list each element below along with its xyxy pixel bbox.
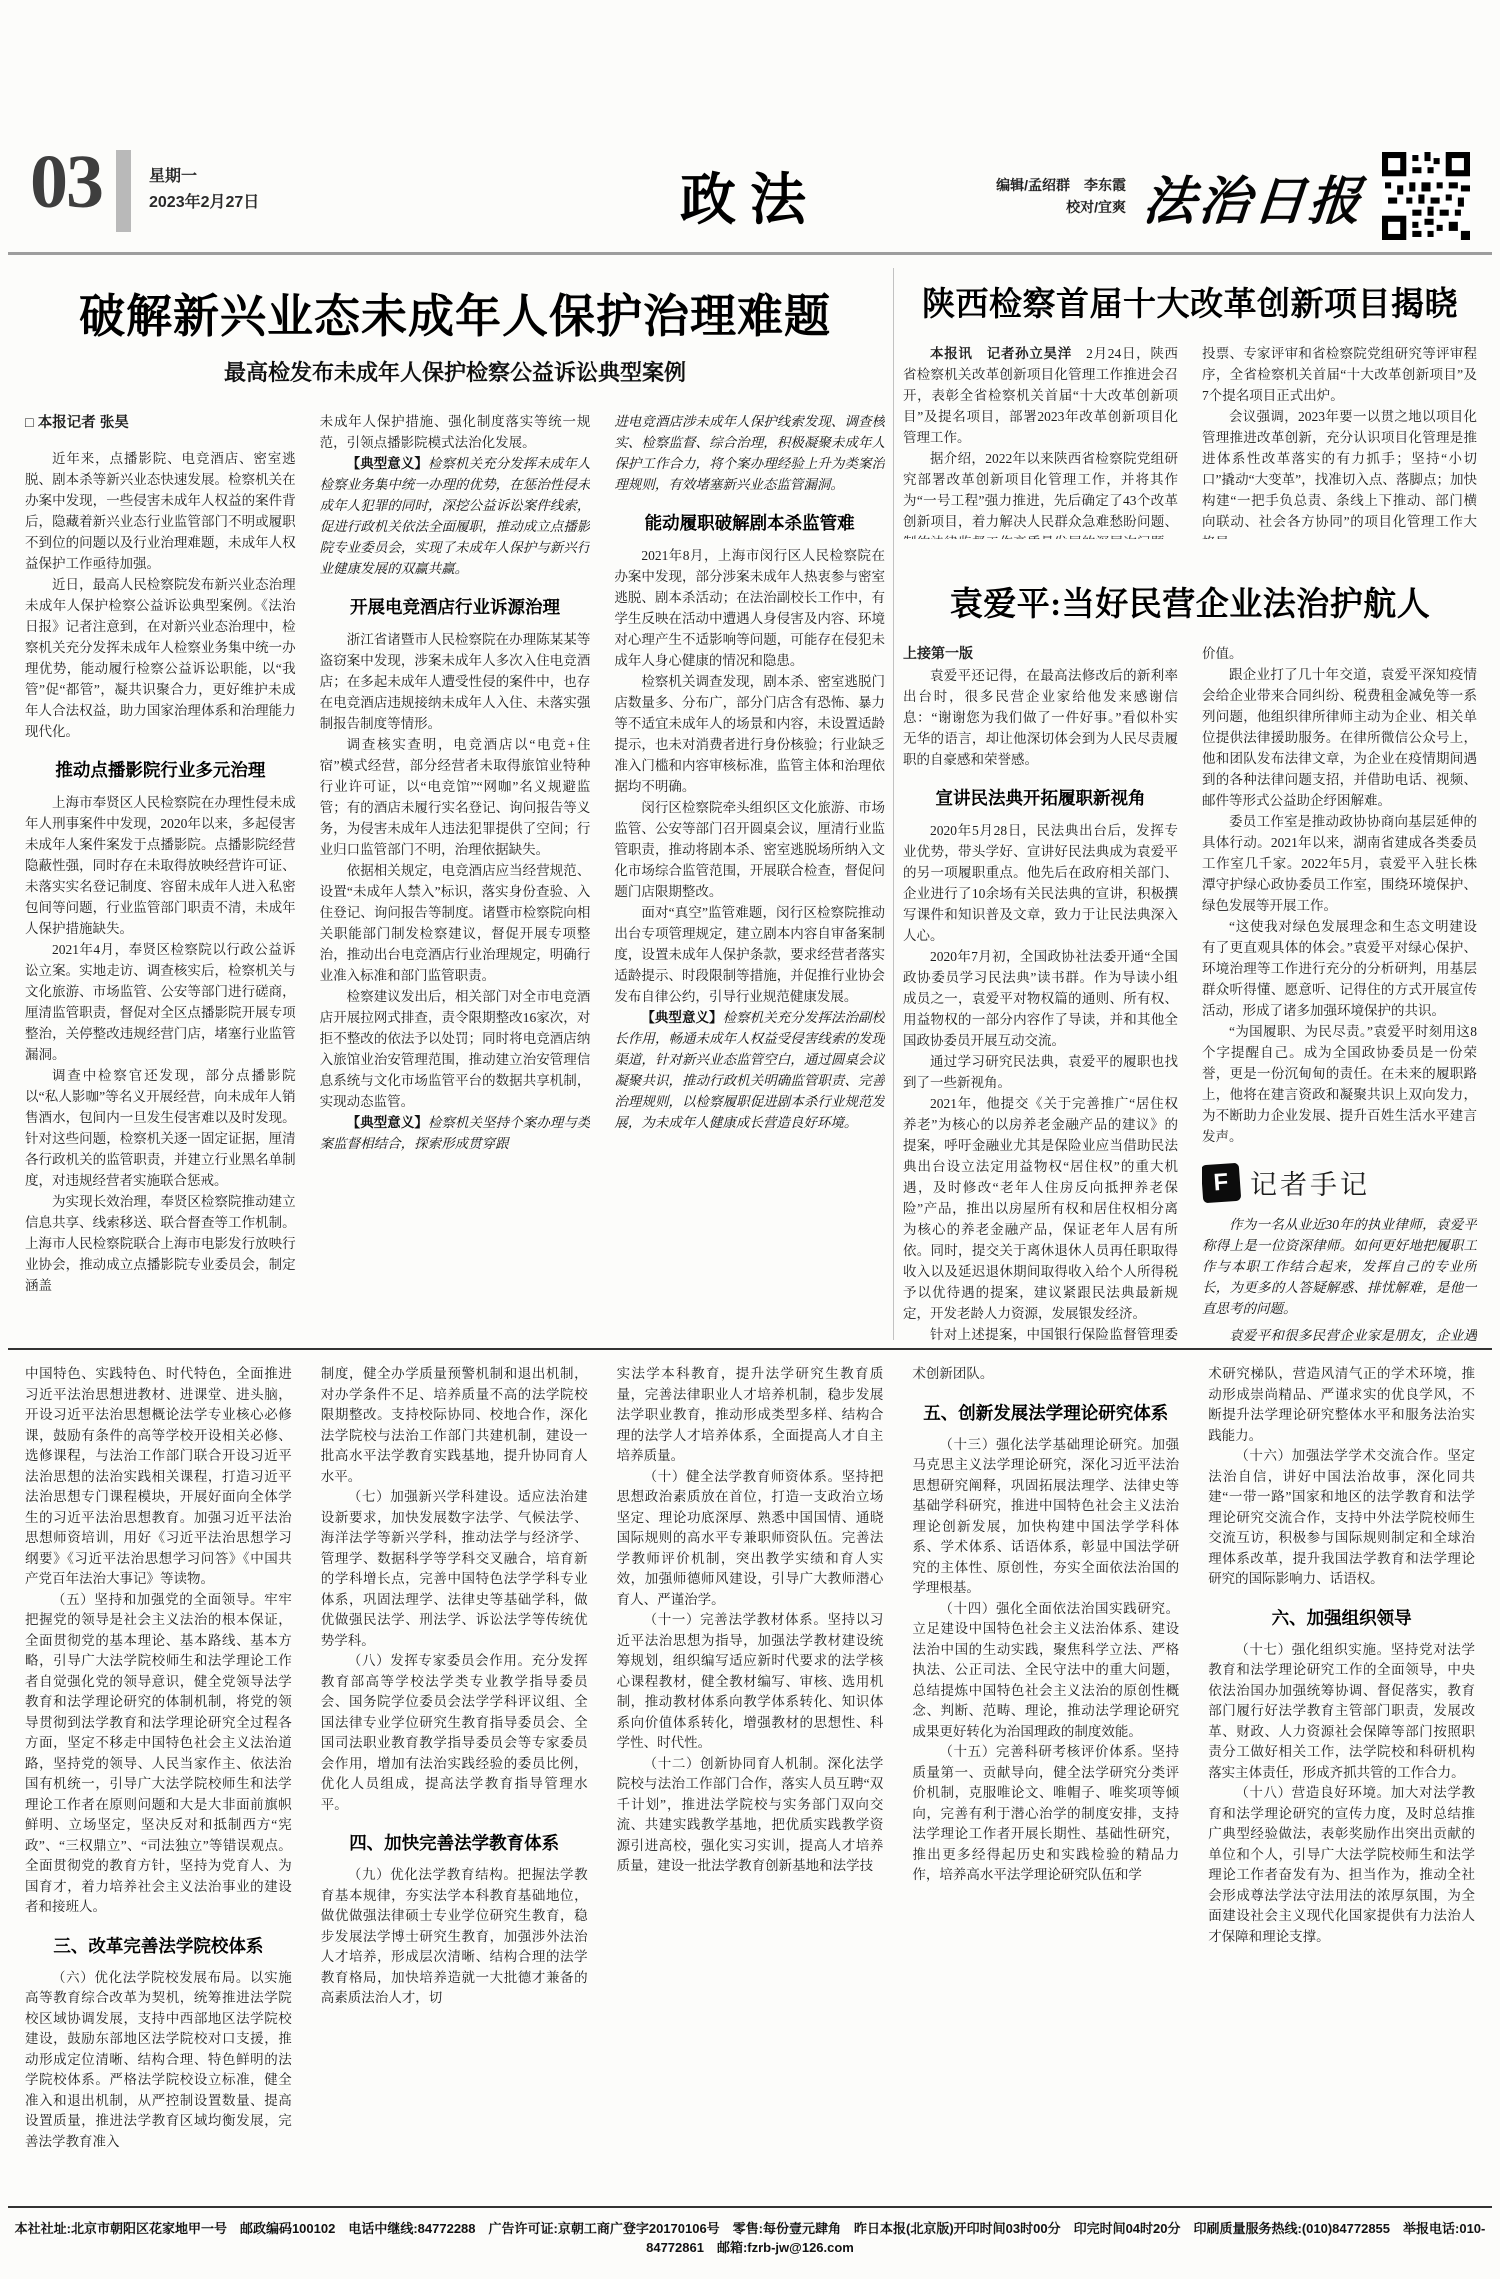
paragraph: 浙江省诸暨市人民检察院在办理陈某某等盗窃案中发现，涉案未成年人多次入住电竞酒店；… bbox=[320, 629, 591, 734]
paragraph: “为国履职、为民尽责。”袁爱平时刻用这8个字提醒自己。成为全国政协委员是一份荣誉… bbox=[1202, 1021, 1477, 1147]
footer-rule bbox=[8, 2206, 1492, 2208]
paragraph: （十六）加强法学学术交流合作。坚定法治自信，讲好中国法治故事，深化同共建“一带一… bbox=[1208, 1446, 1475, 1590]
significance-text: 检察机关充分发挥未成年人检察业务集中统一办理的优势，在惩治性侵未成年人犯罪的同时… bbox=[320, 456, 591, 576]
yuan-columns: 上接第一版 袁爱平还记得，在最高法修改后的新利率出台时，很多民营企业家给他发来感… bbox=[903, 643, 1477, 1345]
shaanxi-headline: 陕西检察首届十大改革创新项目揭晓 bbox=[903, 278, 1477, 325]
main-column-3: 进电竞酒店涉未成年人保护线索发现、调查核实、检察监督、综合治理，积极凝聚未成年人… bbox=[614, 411, 885, 1339]
yuan-headline: 袁爱平:当好民营企业法治护航人 bbox=[903, 578, 1477, 625]
newspaper-logo-icon: F bbox=[1202, 1162, 1241, 1203]
paragraph: 闵行区检察院牵头组织区文化旅游、市场监管、公安等部门召开圆桌会议，厘清行业监管职… bbox=[614, 797, 885, 902]
significance-label: 【典型意义】 bbox=[347, 456, 428, 471]
main-column-1: □ 本报记者 张昊 近年来，点播影院、电竞酒店、密室逃脱、剧本杀等新兴业态快速发… bbox=[25, 411, 296, 1339]
section-heading-5: 五、创新发展法学理论研究体系 bbox=[912, 1400, 1179, 1425]
editors-line: 编辑/孟绍群 李东霞 bbox=[996, 174, 1126, 196]
paragraph-continued: 术创新团队。 bbox=[912, 1364, 1179, 1385]
shaanxi-column-2: 投票、专家评审和省检察院党组研究等评审程序，全省检察机关首届“十大改革创新项目”… bbox=[1202, 343, 1477, 539]
header-right: 编辑/孟绍群 李东霞 校对/宜爽 法治日报 bbox=[996, 152, 1470, 240]
qr-code-icon bbox=[1382, 152, 1470, 240]
paragraph: 为实现长效治理，奉贤区检察院推动建立信息共享、线索移送、联合督查等工作机制。上海… bbox=[25, 1191, 296, 1296]
bottom-column-4: 术创新团队。 五、创新发展法学理论研究体系 （十三）强化法学基础理论研究。加强马… bbox=[912, 1364, 1179, 2190]
typical-significance: 【典型意义】检察机关坚持个案办理与类案监督相结合，探索形成贯穿跟 bbox=[320, 1112, 591, 1154]
typical-significance: 【典型意义】检察机关充分发挥未成年人检察业务集中统一办理的优势，在惩治性侵未成年… bbox=[320, 453, 591, 579]
paragraph: （十一）完善法学教材体系。坚持以习近平法治思想为指导，加强法学教材建设统筹规划，… bbox=[617, 1610, 884, 1754]
paragraph: （八）发挥专家委员会作用。充分发挥教育部高等学校法学类专业教学指导委员会、国务院… bbox=[321, 1651, 588, 1815]
newspaper-page: 03 星期一 2023年2月27日 政法 编辑/孟绍群 李东霞 校对/宜爽 法治… bbox=[0, 0, 1500, 2279]
paragraph: 上海市奉贤区人民检察院在办理性侵未成年人刑事案件中发现，2020年以来，多起侵害… bbox=[25, 792, 296, 939]
main-deck: 最高检发布未成年人保护检察公益诉讼典型案例 bbox=[25, 356, 885, 387]
notes-header: F 记者手记 bbox=[1202, 1163, 1477, 1202]
main-column-2: 未成年人保护措施、强化制度落实等统一规范，引领点播影院模式法治化发展。 【典型意… bbox=[320, 411, 591, 1339]
paragraph: 检察建议发出后，相关部门对全市电竞酒店开展拉网式排查，责令限期整改16家次，对拒… bbox=[320, 986, 591, 1112]
reporter-notes-box: F 记者手记 作为一名从业近30年的执业律师，袁爱平称得上是一位资深律师。如何更… bbox=[1202, 1163, 1477, 1345]
paragraph: （十五）完善科研考核评价体系。坚持质量第一、贡献导向，健全法学研究分类评价机制，… bbox=[912, 1742, 1179, 1886]
yuan-column-1: 上接第一版 袁爱平还记得，在最高法修改后的新利率出台时，很多民营企业家给他发来感… bbox=[903, 643, 1178, 1345]
significance-continued: 进电竞酒店涉未成年人保护线索发现、调查核实、检察监督、综合治理，积极凝聚未成年人… bbox=[614, 411, 885, 495]
paragraph: 2021年4月，奉贤区检察院以行政公益诉讼立案。实地走访、调查核实后，检察机关与… bbox=[25, 939, 296, 1065]
notes-paragraph: 作为一名从业近30年的执业律师，袁爱平称得上是一位资深律师。如何更好地把履职工作… bbox=[1202, 1214, 1477, 1319]
paragraph-continued: 中国特色、实践特色、时代特色，全面推进习近平法治思想进教材、进课堂、进头脑，开设… bbox=[25, 1364, 292, 1590]
paragraph: 2021年，他提交《关于完善推广“居住权养老”为核心的以房养老金融产品的建议》的… bbox=[903, 1093, 1178, 1324]
article-yuan: 袁爱平:当好民营企业法治护航人 上接第一版 袁爱平还记得，在最高法修改后的新利率… bbox=[903, 566, 1477, 1345]
paragraph: 调查核实查明，电竞酒店以“电竞+住宿”模式经营，部分经营者未取得旅馆业特种行业许… bbox=[320, 734, 591, 860]
subhead-dianjing: 开展电竞酒店行业诉源治理 bbox=[320, 594, 591, 619]
column-divider bbox=[893, 268, 894, 1340]
paragraph: 2020年5月28日，民法典出台后，发挥专业优势，带头学好、宣讲好民法典成为袁爱… bbox=[903, 820, 1178, 946]
typical-significance: 【典型意义】检察机关充分发挥法治副校长作用，畅通未成年人权益受侵害线索的发现渠道… bbox=[614, 1007, 885, 1133]
paragraph: （九）优化法学教育结构。把握法学教育基本规律，夯实法学本科教育基础地位，做优做强… bbox=[321, 1865, 588, 2009]
paragraph-continued: 制度，健全办学质量预警机制和退出机制，对办学条件不足、培养质量不高的法学院校限期… bbox=[321, 1364, 588, 1487]
significance-text: 检察机关充分发挥法治副校长作用，畅通未成年人权益受侵害线索的发现渠道，针对新兴业… bbox=[614, 1010, 885, 1130]
byline: □ 本报记者 张昊 bbox=[25, 411, 296, 432]
paragraph-continued: 未成年人保护措施、强化制度落实等统一规范，引领点播影院模式法治化发展。 bbox=[320, 411, 591, 453]
yuan-column-2: 价值。 跟企业打了几十年交道，袁爱平深知疫情会给企业带来合同纠纷、税费租金减免等… bbox=[1202, 643, 1477, 1345]
paragraph: 跟企业打了几十年交道，袁爱平深知疫情会给企业带来合同纠纷、税费租金减免等一系列问… bbox=[1202, 664, 1477, 811]
dateline: 本报讯 bbox=[930, 346, 973, 361]
paragraph-continued: 术研究梯队，营造风清气正的学术环境，推动形成崇尚精品、严谨求实的优良学风，不断提… bbox=[1208, 1364, 1475, 1446]
article-shaanxi: 陕西检察首届十大改革创新项目揭晓 本报讯 记者孙立昊洋 2月24日，陕西省检察机… bbox=[903, 278, 1477, 539]
paragraph: （十八）营造良好环境。加大对法学教育和法学理论研究的宣传力度，及时总结推广典型经… bbox=[1208, 1783, 1475, 1947]
paragraph-continued: 实法学本科教育，提升法学研究生教育质量，完善法律职业人才培养机制，稳步发展法学职… bbox=[617, 1364, 884, 1467]
paragraph: （五）坚持和加强党的全面领导。牢牢把握党的领导是社会主义法治的根本保证，全面贯彻… bbox=[25, 1590, 292, 1918]
paragraph: 依据相关规定，电竞酒店应当经营规范、设置“未成年人禁入”标识，落实身份查验、入住… bbox=[320, 860, 591, 986]
paragraph: 面对“真空”监管难题，闵行区检察院推动出台专项管理规定，建立剧本内容自审备案制度… bbox=[614, 902, 885, 1007]
paragraph: 委员工作室是推动政协协商向基层延伸的具体行动。2021年以来，湖南省建成各类委员… bbox=[1202, 811, 1477, 916]
paragraph: 针对上述提案，中国银行保险监督管理委员会、人社部等部门均表示将积极采纳提案建议。 bbox=[903, 1324, 1178, 1345]
section-heading-3: 三、改革完善法学院校体系 bbox=[25, 1933, 292, 1958]
subhead-jubensha: 能动履职破解剧本杀监管难 bbox=[614, 510, 885, 535]
shaanxi-column-1: 本报讯 记者孙立昊洋 2月24日，陕西省检察机关改革创新项目化管理工作推进会召开… bbox=[903, 343, 1178, 539]
paragraph: （六）优化法学院校发展布局。以实施高等教育综合改革为契机，统筹推进法学院校区域协… bbox=[25, 1968, 292, 2153]
jump-line: 上接第一版 bbox=[903, 643, 1178, 663]
paragraph: （十四）强化全面依法治国实践研究。立足建设中国特色社会主义法治体系、建设法治中国… bbox=[912, 1599, 1179, 1743]
significance-label: 【典型意义】 bbox=[641, 1010, 722, 1025]
paragraph-continued: 价值。 bbox=[1202, 643, 1477, 664]
bottom-column-1: 中国特色、实践特色、时代特色，全面推进习近平法治思想进教材、进课堂、进头脑，开设… bbox=[25, 1364, 292, 2190]
bottom-column-2: 制度，健全办学质量预警机制和退出机制，对办学条件不足、培养质量不高的法学院校限期… bbox=[321, 1364, 588, 2190]
section-heading-6: 六、加强组织领导 bbox=[1208, 1605, 1475, 1630]
paragraph: “这使我对绿色发展理念和生态文明建设有了更直观具体的体会。”袁爱平对绿心保护、环… bbox=[1202, 916, 1477, 1021]
paragraph: 2021年8月，上海市闵行区人民检察院在办案中发现，部分涉案未成年人热衷参与密室… bbox=[614, 545, 885, 671]
article-main: 破解新兴业态未成年人保护治理难题 最高检发布未成年人保护检察公益诉讼典型案例 □… bbox=[25, 266, 885, 1339]
notes-title: 记者手记 bbox=[1250, 1163, 1370, 1202]
shaanxi-columns: 本报讯 记者孙立昊洋 2月24日，陕西省检察机关改革创新项目化管理工作推进会召开… bbox=[903, 343, 1477, 539]
paragraph: 检察机关调查发现，剧本杀、密室逃脱门店数量多、分布广，部分门店含有恐怖、暴力等不… bbox=[614, 671, 885, 797]
subhead-dianbo: 推动点播影院行业多元治理 bbox=[25, 757, 296, 782]
paragraph: 本报讯 记者孙立昊洋 2月24日，陕西省检察机关改革创新项目化管理工作推进会召开… bbox=[903, 343, 1178, 448]
paragraph: 袁爱平还记得，在最高法修改后的新利率出台时，很多民营企业家给他发来感谢信息：“谢… bbox=[903, 665, 1178, 770]
right-zone: 陕西检察首届十大改革创新项目揭晓 本报讯 记者孙立昊洋 2月24日，陕西省检察机… bbox=[903, 266, 1477, 539]
subhead-minfadian: 宣讲民法典开拓履职新视角 bbox=[903, 785, 1178, 810]
main-headline: 破解新兴业态未成年人保护治理难题 bbox=[25, 280, 885, 346]
paragraph: 会议强调，2023年要一以贯之地以项目化管理推进改革创新，充分认识项目化管理是推… bbox=[1202, 406, 1477, 539]
paragraph: （十）健全法学教育师资体系。坚持把思想政治素质放在首位，打造一支政治立场坚定、理… bbox=[617, 1467, 884, 1611]
editor-credits: 编辑/孟绍群 李东霞 校对/宜爽 bbox=[996, 174, 1126, 218]
significance-label: 【典型意义】 bbox=[347, 1115, 428, 1130]
paragraph: 2020年7月初，全国政协社法委开通“全国政协委员学习民法典”读书群。作为导读小… bbox=[903, 946, 1178, 1051]
paragraph: 近日，最高人民检察院发布新兴业态治理未成年人保护检察公益诉讼典型案例。《法治日报… bbox=[25, 574, 296, 742]
paragraph: 通过学习研究民法典，袁爱平的履职也找到了一些新视角。 bbox=[903, 1051, 1178, 1093]
paragraph: （七）加强新兴学科建设。适应法治建设新要求，加快发展数字法学、气候法学、海洋法学… bbox=[321, 1487, 588, 1651]
paragraph: 调查中检察官还发现，部分点播影院以“私人影咖”等名义开展经营，向未成年人销售酒水… bbox=[25, 1065, 296, 1191]
main-columns: □ 本报记者 张昊 近年来，点播影院、电竞酒店、密室逃脱、剧本杀等新兴业态快速发… bbox=[25, 411, 885, 1339]
page-header: 03 星期一 2023年2月27日 政法 编辑/孟绍群 李东霞 校对/宜爽 法治… bbox=[30, 146, 1470, 250]
bottom-column-5: 术研究梯队，营造风清气正的学术环境，推动形成崇尚精品、严谨求实的优良学风，不断提… bbox=[1208, 1364, 1475, 2190]
footer-info: 本社社址:北京市朝阳区花家地甲一号 邮政编码100102 电话中继线:84772… bbox=[0, 2218, 1500, 2256]
paragraph: （十七）强化组织实施。坚持党对法学教育和法学理论研究工作的全面领导，中央依法治国… bbox=[1208, 1640, 1475, 1784]
paragraph: 据介绍，2022年以来陕西省检察院党组研究部署改革创新项目化管理工作，并将其作为… bbox=[903, 448, 1178, 539]
reporter-name: 记者孙立昊洋 bbox=[987, 346, 1072, 361]
header-rule bbox=[8, 252, 1492, 255]
masthead-logo: 法治日报 bbox=[1141, 159, 1368, 234]
paragraph: （十二）创新协同育人机制。深化法学院校与法治工作部门合作，落实人员互聘“双千计划… bbox=[617, 1754, 884, 1877]
document-continuation: 中国特色、实践特色、时代特色，全面推进习近平法治思想进教材、进课堂、进头脑，开设… bbox=[25, 1364, 1475, 2190]
proofreader-line: 校对/宜爽 bbox=[996, 196, 1126, 218]
paragraph: （十三）强化法学基础理论研究。加强马克思主义法学理论研究，深化习近平法治思想研究… bbox=[912, 1435, 1179, 1599]
notes-paragraph: 袁爱平和很多民营企业家是朋友，企业遇到涉法问题，大家都会找到他聊一聊、问一问。这… bbox=[1202, 1325, 1477, 1345]
section-heading-4: 四、加快完善法学教育体系 bbox=[321, 1830, 588, 1855]
paragraph: 近年来，点播影院、电竞酒店、密室逃脱、剧本杀等新兴业态快速发展。检察机关在办案中… bbox=[25, 448, 296, 574]
paragraph-continued: 投票、专家评审和省检察院党组研究等评审程序，全省检察机关首届“十大改革创新项目”… bbox=[1202, 343, 1477, 406]
bottom-column-3: 实法学本科教育，提升法学研究生教育质量，完善法律职业人才培养机制，稳步发展法学职… bbox=[617, 1364, 884, 2190]
section-divider bbox=[8, 1348, 1492, 1350]
